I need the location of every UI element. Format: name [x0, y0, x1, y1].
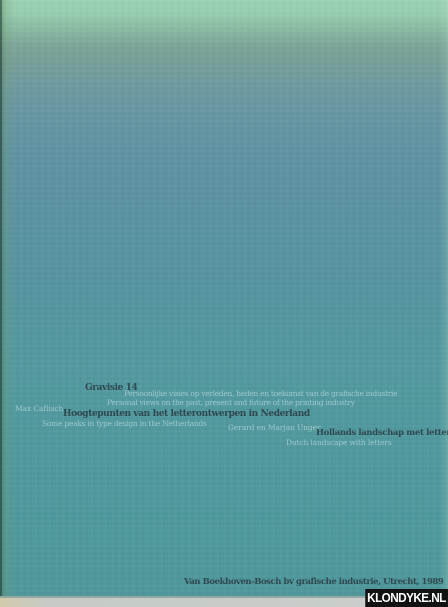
book-cover-photo: Gravisie 14 Persoonlijke visies op verle… [0, 0, 448, 607]
shop-watermark-badge: KLONDYKE.NL [366, 589, 448, 607]
author-caflisch: Max Caflisch [15, 405, 63, 413]
publisher-imprint: Van Boekhoven-Bosch bv grafische industr… [184, 578, 443, 587]
article2-title-dutch: Hollands landschap met letters [316, 429, 448, 438]
article2-title-english: Dutch landscape with letters [286, 439, 392, 447]
cover-spine-edge [0, 0, 16, 607]
scan-texture-overlay [0, 0, 448, 607]
subtitle-english: Personal views on the past, present and … [107, 399, 355, 407]
article1-title-english: Some peaks in type design in the Netherl… [42, 420, 207, 428]
author-unger: Gerard en Marjan Unger [228, 424, 320, 432]
cover-spine-edge-line [0, 0, 2, 607]
article1-title-dutch: Hoogtepunten van het letterontwerpen in … [63, 410, 310, 419]
cover-right-edge [440, 0, 448, 607]
subtitle-dutch: Persoonlijke visies op verleden, heden e… [124, 390, 397, 398]
